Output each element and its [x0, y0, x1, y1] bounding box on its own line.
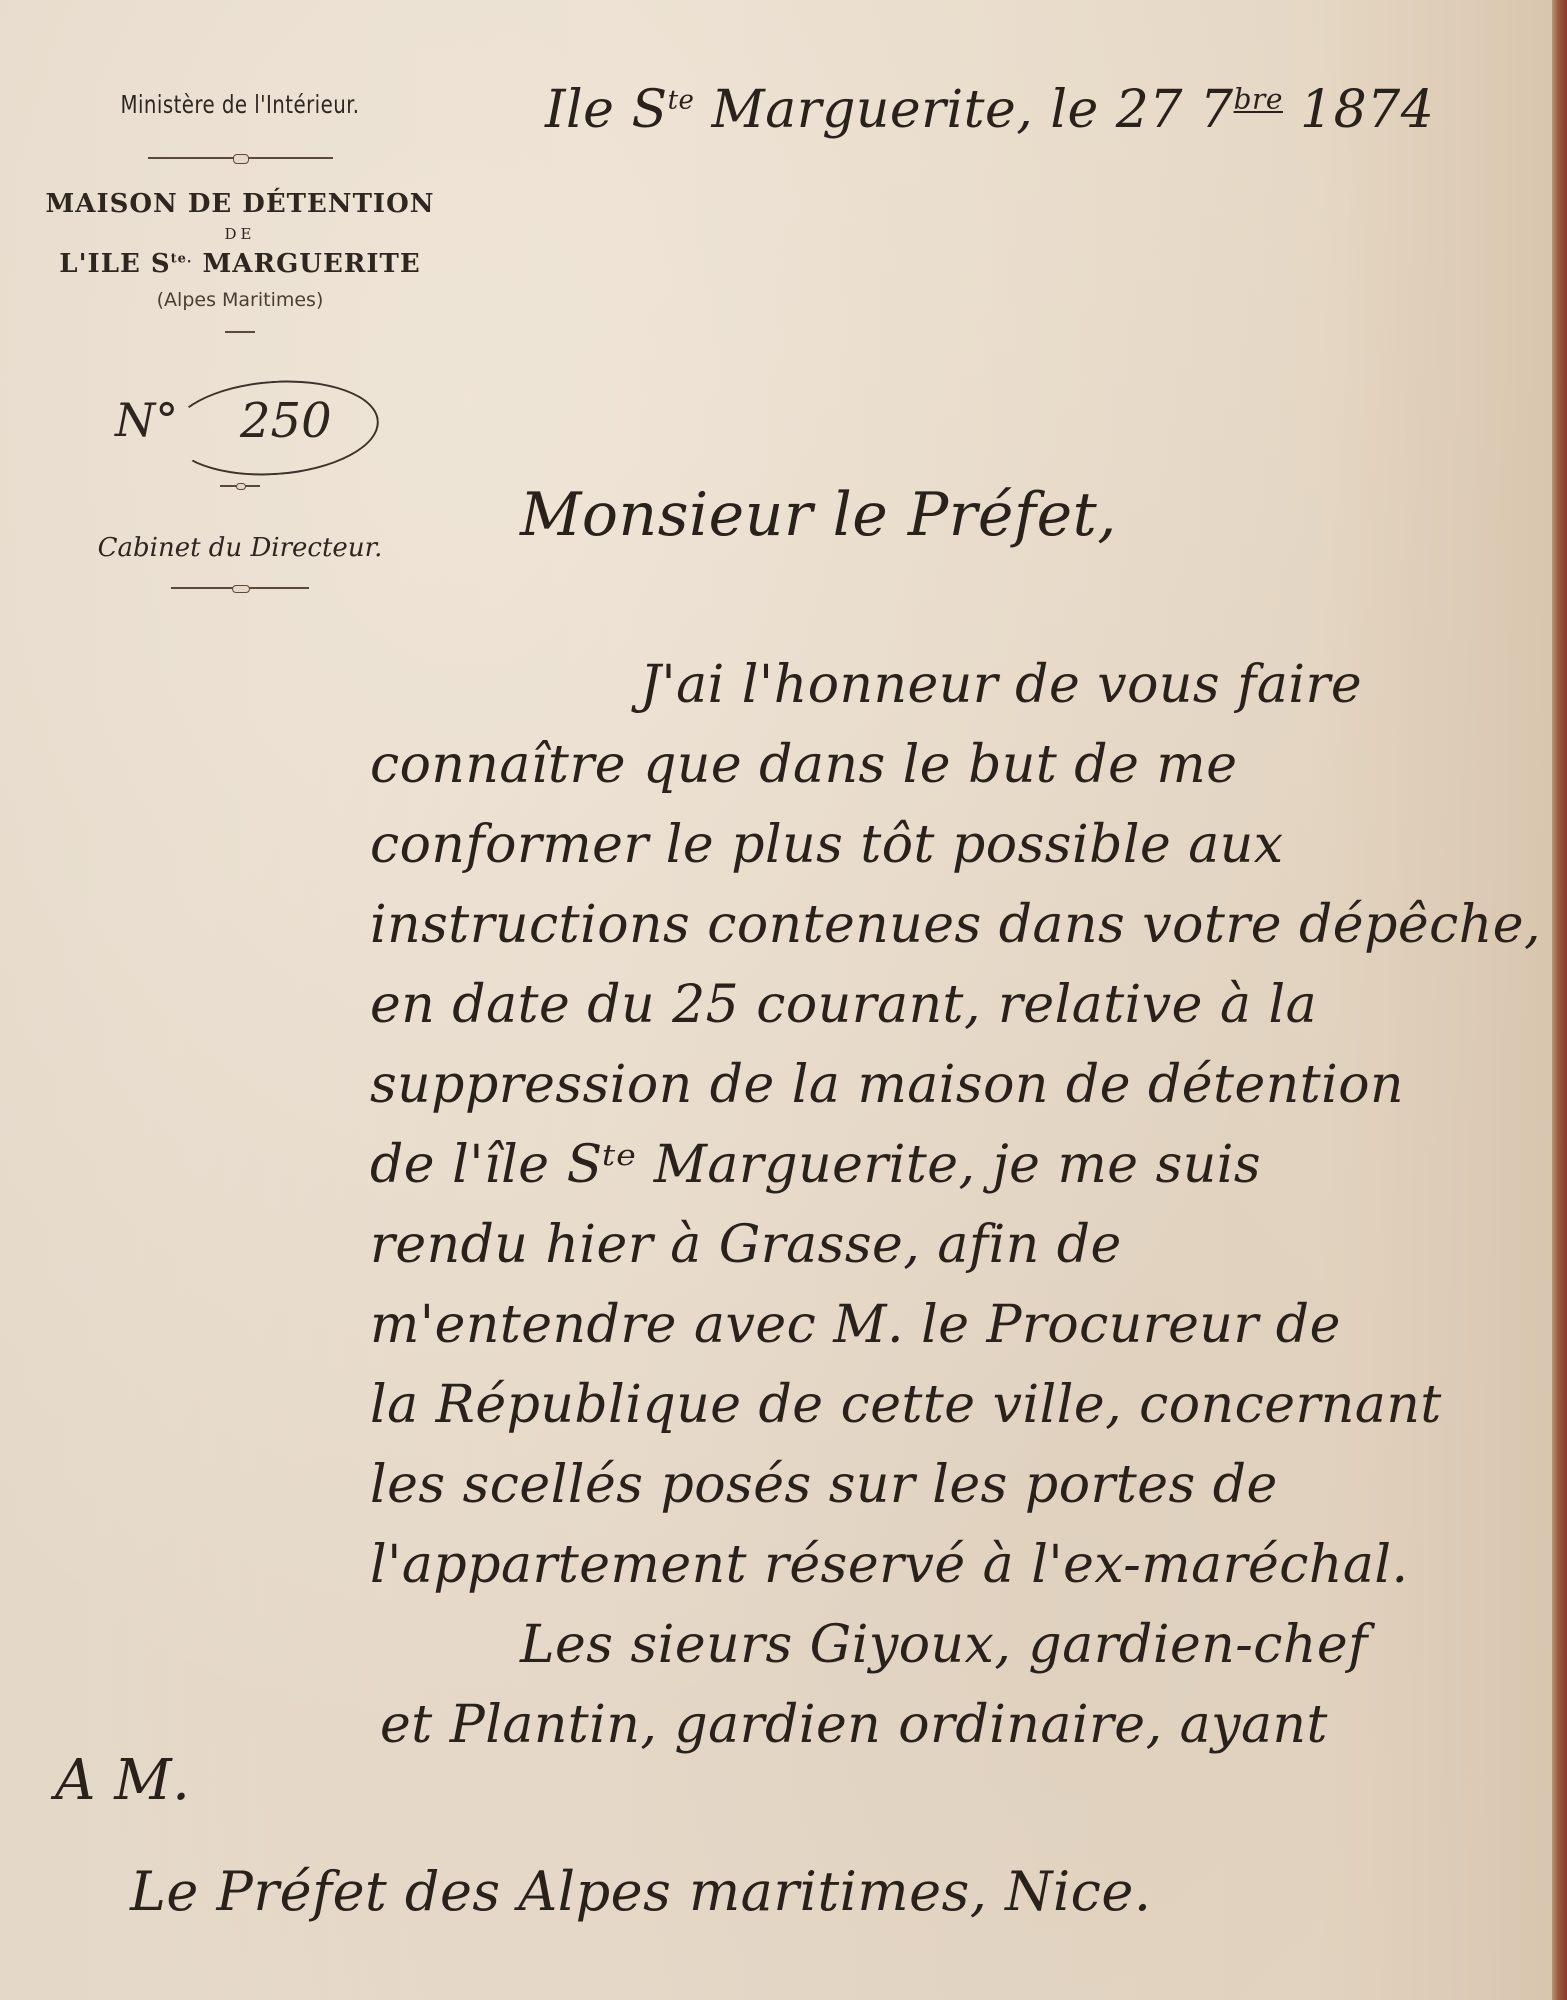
- short-rule: [225, 331, 255, 333]
- institution-line3-suffix: MARGUERITE: [192, 249, 420, 279]
- region-label: (Alpes Maritimes): [40, 289, 440, 311]
- date-place-suffix: Marguerite, le: [694, 80, 1115, 140]
- body-line: l'appartement réservé à l'ex-maréchal.: [370, 1535, 1409, 1595]
- dateline: Ile Ste Marguerite, le 27 7bre 1874: [545, 80, 1434, 140]
- rule-ornament-icon: [232, 585, 250, 593]
- body-line: les scellés posés sur les portes de: [370, 1455, 1278, 1515]
- short-rule: [220, 485, 260, 487]
- binding-edge: [1552, 0, 1567, 2000]
- body-line: instructions contenues dans votre dépêch…: [370, 895, 1541, 955]
- reference-number: N° 250: [75, 373, 405, 473]
- ministry-heading: Ministère de l'Intérieur.: [64, 90, 416, 119]
- salutation: Monsieur le Préfet,: [520, 480, 1117, 550]
- date-month: 7: [1183, 80, 1234, 140]
- date-place-prefix: Ile S: [545, 80, 668, 140]
- body-line: suppression de la maison de détention: [370, 1055, 1404, 1115]
- institution-line3-prefix: L'ILE S: [59, 249, 170, 279]
- date-day: 27: [1116, 80, 1183, 140]
- body-line: m'entendre avec M. le Procureur de: [370, 1295, 1341, 1355]
- body-line: la République de cette ville, concernant: [370, 1375, 1442, 1435]
- body-line: en date du 25 courant, relative à la: [370, 975, 1317, 1035]
- body-line: J'ai l'honneur de vous faire: [640, 655, 1362, 715]
- body-line: connaître que dans le but de me: [370, 735, 1237, 795]
- number-value: 250: [240, 393, 332, 449]
- letterhead: Ministère de l'Intérieur. MAISON DE DÉTE…: [40, 90, 440, 589]
- body-line: de l'île Sᵗᵉ Marguerite, je me suis: [370, 1135, 1261, 1195]
- ornamental-rule: [171, 587, 309, 589]
- institution-line3-sup: te.: [171, 251, 193, 266]
- date-month-sup: bre: [1234, 83, 1283, 116]
- rule-ornament-icon: [236, 483, 246, 490]
- body-line: conformer le plus tôt possible aux: [370, 815, 1284, 875]
- ornamental-rule: [148, 157, 333, 159]
- date-year: 1874: [1283, 80, 1434, 140]
- body-line: et Plantin, gardien ordinaire, ayant: [380, 1695, 1328, 1755]
- addressee-line1: A M.: [55, 1748, 190, 1813]
- institution-name-line1: MAISON DE DÉTENTION: [40, 189, 440, 219]
- institution-name-line3: L'ILE Ste. MARGUERITE: [40, 249, 440, 279]
- body-line: Les sieurs Giyoux, gardien-chef: [520, 1615, 1368, 1675]
- office-label: Cabinet du Directeur.: [40, 533, 440, 563]
- date-place-sup: te: [668, 86, 695, 116]
- number-label: N°: [115, 393, 178, 447]
- institution-name-line2: DE: [40, 225, 440, 243]
- rule-ornament-icon: [233, 154, 249, 164]
- body-line: rendu hier à Grasse, afin de: [370, 1215, 1122, 1275]
- addressee-line2: Le Préfet des Alpes maritimes, Nice.: [130, 1860, 1152, 1923]
